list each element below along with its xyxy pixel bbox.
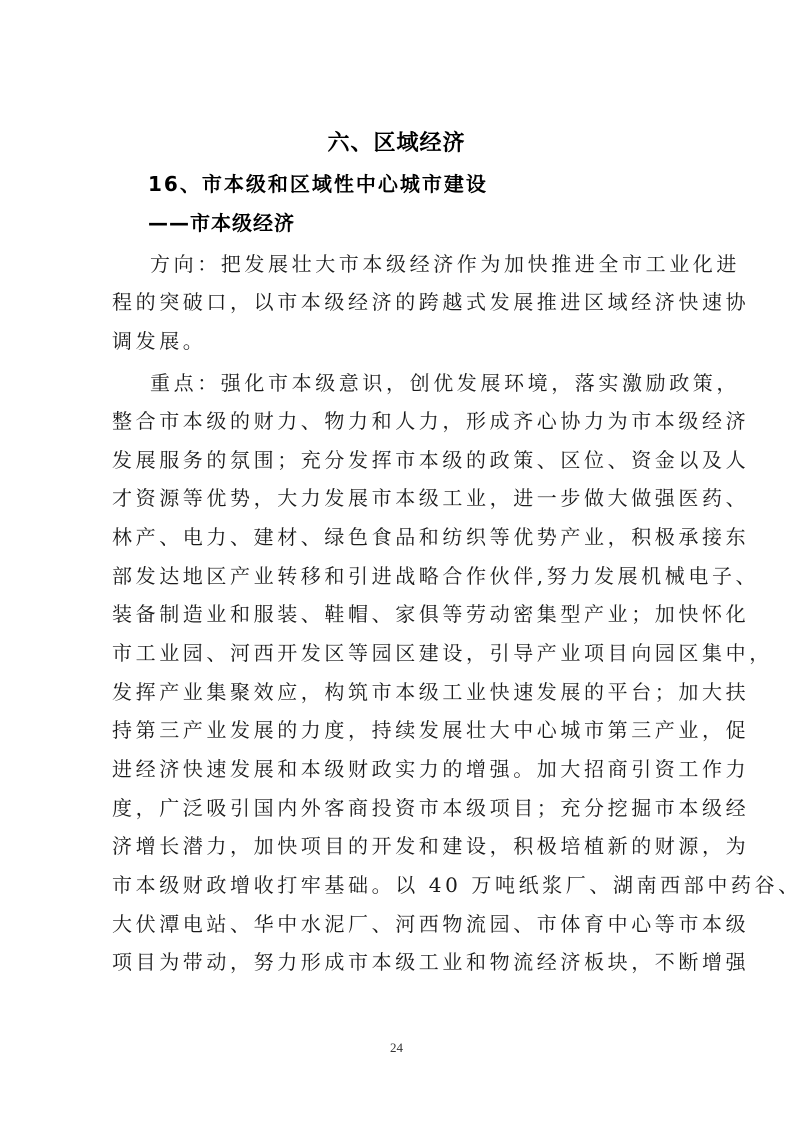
document-page: 六、区域经济 16、市本级和区域性中心城市建设 ——市本级经济 方向：把发展壮大… (0, 0, 793, 1122)
text-line: 项目为带动，努力形成市本级工业和物流经济板块，不断增强 (112, 950, 682, 974)
subsection-title: 16、市本级和区域性中心城市建设 (148, 168, 488, 197)
text-line: 林产、电力、建材、绿色食品和纺织等优势产业，积极承接东 (112, 525, 682, 549)
text-line: 装备制造业和服装、鞋帽、家俱等劳动密集型产业；加快怀化 (112, 602, 682, 626)
page-number: 24 (0, 1040, 793, 1056)
text-line: 持第三产业发展的力度，持续发展壮大中心城市第三产业，促 (112, 718, 682, 742)
text-line: 济增长潜力，加快项目的开发和建设，积极培植新的财源，为 (112, 834, 682, 858)
section-title: 六、区域经济 (0, 126, 793, 157)
text-line: 重点：强化市本级意识，创优发展环境，落实激励政策， (150, 371, 682, 395)
text-line: 市工业园、河西开发区等园区建设，引导产业项目向园区集中， (112, 641, 682, 665)
sub-subsection-title: ——市本级经济 (148, 207, 295, 236)
text-line: 度，广泛吸引国内外客商投资市本级项目；充分挖掘市本级经 (112, 796, 682, 820)
text-line: 发挥产业集聚效应，构筑市本级工业快速发展的平台；加大扶 (112, 680, 682, 704)
text-line: 大伏潭电站、华中水泥厂、河西物流园、市体育中心等市本级 (112, 912, 682, 936)
text-line: 程的突破口，以市本级经济的跨越式发展推进区域经济快速协 (112, 290, 682, 314)
text-line: 才资源等优势，大力发展市本级工业，进一步做大做强医药、 (112, 486, 682, 510)
text-line: 发展服务的氛围；充分发挥市本级的政策、区位、资金以及人 (112, 448, 682, 472)
text-line: 整合市本级的财力、物力和人力，形成齐心协力为市本级经济 (112, 409, 682, 433)
text-line: 进经济快速发展和本级财政实力的增强。加大招商引资工作力 (112, 757, 682, 781)
text-line: 方向：把发展壮大市本级经济作为加快推进全市工业化进 (150, 252, 682, 276)
text-line: 市本级财政增收打牢基础。以 40 万吨纸浆厂、湖南西部中药谷、 (112, 873, 682, 897)
text-line: 调发展。 (112, 329, 682, 353)
text-line: 部发达地区产业转移和引进战略合作伙伴,努力发展机械电子、 (112, 564, 682, 588)
